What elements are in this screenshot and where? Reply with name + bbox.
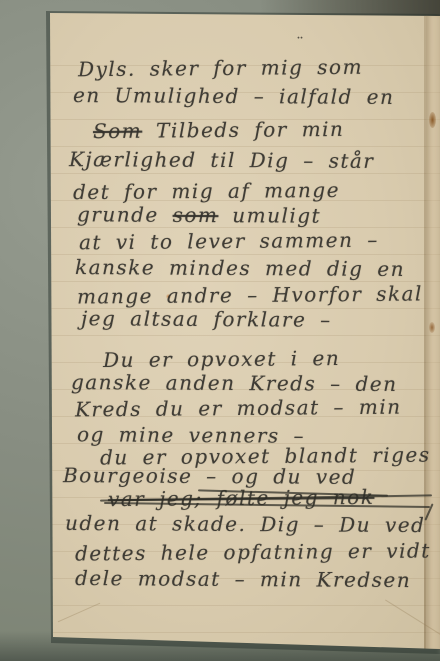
handwriting-text: ganske anden Kreds – den (71, 370, 398, 396)
manuscript-page: ¨ Dyls. sker for mig som en Umulighed – … (0, 0, 440, 661)
handwriting-line: dettes hele opfatning er vidt (75, 538, 431, 565)
handwriting-text: en Umulighed – ialfald en (73, 83, 395, 109)
handwriting-text: uden at skade. Dig – Du ved (65, 511, 426, 537)
struck-word: som (173, 203, 219, 227)
handwriting-line: grunde som umuligt (77, 202, 321, 227)
handwriting-line: Dyls. sker for mig som (78, 55, 363, 81)
scan-background: ¨ Dyls. sker for mig som en Umulighed – … (0, 0, 440, 661)
handwriting-text: Kjærlighed til Dig – står (69, 147, 375, 173)
handwriting-line: det for mig af mange (73, 178, 340, 204)
foxing-stain (429, 112, 436, 128)
handwriting-text: at vi to lever sammen – (79, 228, 379, 255)
handwriting-line: en Umulighed – ialfald en (73, 83, 395, 109)
handwriting-text: grunde (77, 202, 159, 226)
handwriting-line: Som Tilbeds for min (93, 117, 345, 143)
handwriting-line: dele modsat – min Kredsen (75, 566, 411, 592)
handwriting-text: mange andre – Hvorfor skal (77, 281, 423, 308)
handwriting-text: Dyls. sker for mig som (78, 55, 363, 81)
handwriting-text: Du er opvoxet i en (103, 346, 340, 372)
handwriting-line: uden at skade. Dig – Du ved (65, 511, 426, 537)
handwriting-text: dele modsat – min Kredsen (75, 566, 411, 592)
handwriting-line: Kreds du er modsat – min (75, 395, 402, 422)
handwriting-text: Kreds du er modsat – min (75, 395, 402, 422)
handwriting-text: umuligt (232, 203, 321, 228)
handwriting-line: Du er opvoxet i en (103, 346, 340, 372)
handwriting-line: kanske mindes med dig en (75, 255, 405, 281)
handwriting-text: det for mig af mange (73, 178, 340, 204)
handwriting-line: Kjærlighed til Dig – står (69, 147, 375, 173)
foxing-stain (429, 322, 435, 333)
handwriting-text: jeg altsaa forklare – (81, 306, 332, 332)
struck-word: Som (93, 119, 142, 143)
handwriting-text: Tilbeds for min (156, 117, 345, 143)
handwriting-text: kanske mindes med dig en (75, 255, 405, 281)
handwriting-line: jeg altsaa forklare – (81, 306, 332, 332)
ink-dots: ¨ (296, 34, 304, 53)
handwriting-line: at vi to lever sammen – (79, 228, 379, 255)
handwriting-text: dettes hele opfatning er vidt (75, 538, 431, 565)
handwriting-line: ganske anden Kreds – den (71, 370, 398, 396)
handwriting-line: mange andre – Hvorfor skal (77, 281, 423, 308)
